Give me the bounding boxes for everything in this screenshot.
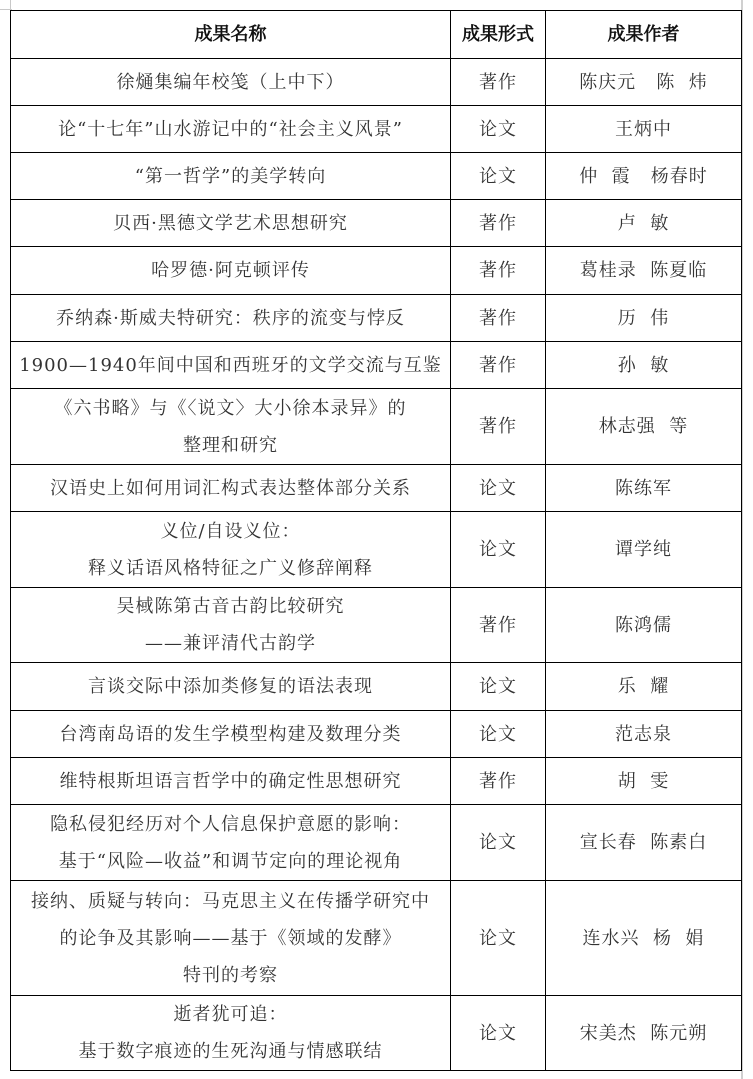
cell-type: 论文 [451,512,546,588]
title-line: 《六书略》与《〈说文〉大小徐本录异》的 [13,390,448,427]
cell-title: 言谈交际中添加类修复的语法表现 [11,663,451,711]
cell-authors: 谭学纯 [546,512,742,588]
title-line: 隐私侵犯经历对个人信息保护意愿的影响： [13,806,448,843]
cell-title: 接纳、质疑与转向：马克思主义在传播学研究中的论争及其影响——基于《领域的发酵》特… [11,881,451,996]
cell-authors: 卢 敏 [546,200,742,247]
cell-type: 论文 [451,711,546,758]
title-line: 的论争及其影响——基于《领域的发酵》 [13,920,448,957]
cell-authors: 乐 耀 [546,663,742,711]
results-table: 成果名称 成果形式 成果作者 徐熥集编年校笺（上中下）著作陈庆元 陈 炜论“十七… [10,10,742,1071]
table-row: 乔纳森·斯威夫特研究：秩序的流变与悖反著作历 伟 [11,295,742,342]
title-line: 台湾南岛语的发生学模型构建及数理分类 [13,716,448,753]
cell-authors: 宋美杰 陈元朔 [546,996,742,1071]
title-line: 吴棫陈第古音古韵比较研究 [13,588,448,625]
cell-authors: 仲 霞 杨春时 [546,153,742,200]
title-line: 言谈交际中添加类修复的语法表现 [13,668,448,705]
cell-title: 贝西·黑德文学艺术思想研究 [11,200,451,247]
table-row: 逝者犹可追：基于数字痕迹的生死沟通与情感联结论文宋美杰 陈元朔 [11,996,742,1071]
cell-type: 著作 [451,342,546,389]
title-line: 汉语史上如何用词汇构式表达整体部分关系 [13,470,448,507]
table-row: 徐熥集编年校笺（上中下）著作陈庆元 陈 炜 [11,59,742,106]
cell-authors: 历 伟 [546,295,742,342]
cell-type: 著作 [451,200,546,247]
cell-authors: 连水兴 杨 娟 [546,881,742,996]
title-line: 逝者犹可追： [13,996,448,1033]
title-line: 1900—1940年间中国和西班牙的文学交流与互鉴 [13,347,448,384]
table-row: 贝西·黑德文学艺术思想研究著作卢 敏 [11,200,742,247]
cell-authors: 孙 敏 [546,342,742,389]
header-authors: 成果作者 [546,11,742,59]
cell-title: “第一哲学”的美学转向 [11,153,451,200]
title-line: 贝西·黑德文学艺术思想研究 [13,205,448,242]
title-line: 整理和研究 [13,427,448,464]
cell-type: 著作 [451,59,546,106]
table-row: 《六书略》与《〈说文〉大小徐本录异》的整理和研究著作林志强 等 [11,389,742,465]
cell-title: 隐私侵犯经历对个人信息保护意愿的影响：基于“风险—收益”和调节定向的理论视角 [11,805,451,881]
table-row: 汉语史上如何用词汇构式表达整体部分关系论文陈练军 [11,465,742,512]
table-row: 接纳、质疑与转向：马克思主义在传播学研究中的论争及其影响——基于《领域的发酵》特… [11,881,742,996]
header-title: 成果名称 [11,11,451,59]
cell-type: 论文 [451,663,546,711]
table-row: 维特根斯坦语言哲学中的确定性思想研究著作胡 雯 [11,758,742,805]
cell-authors: 范志泉 [546,711,742,758]
table-row: “第一哲学”的美学转向论文仲 霞 杨春时 [11,153,742,200]
cell-type: 论文 [451,465,546,512]
title-line: ——兼评清代古韵学 [13,625,448,662]
title-line: 基于数字痕迹的生死沟通与情感联结 [13,1033,448,1070]
title-line: 徐熥集编年校笺（上中下） [13,64,448,101]
title-line: 释义话语风格特征之广义修辞阐释 [13,550,448,587]
cell-title: 台湾南岛语的发生学模型构建及数理分类 [11,711,451,758]
cell-title: 徐熥集编年校笺（上中下） [11,59,451,106]
cell-title: 逝者犹可追：基于数字痕迹的生死沟通与情感联结 [11,996,451,1071]
table-row: 哈罗德·阿克顿评传著作葛桂录 陈夏临 [11,247,742,295]
title-line: 维特根斯坦语言哲学中的确定性思想研究 [13,763,448,800]
cell-authors: 胡 雯 [546,758,742,805]
cell-type: 著作 [451,389,546,465]
table-row: 吴棫陈第古音古韵比较研究——兼评清代古韵学著作陈鸿儒 [11,588,742,663]
cell-title: 乔纳森·斯威夫特研究：秩序的流变与悖反 [11,295,451,342]
cell-type: 著作 [451,247,546,295]
cell-authors: 王炳中 [546,106,742,153]
table-row: 论“十七年”山水游记中的“社会主义风景”论文王炳中 [11,106,742,153]
cell-title: 义位/自设义位：释义话语风格特征之广义修辞阐释 [11,512,451,588]
cell-type: 著作 [451,588,546,663]
title-line: 义位/自设义位： [13,513,448,550]
cell-authors: 葛桂录 陈夏临 [546,247,742,295]
cell-title: 吴棫陈第古音古韵比较研究——兼评清代古韵学 [11,588,451,663]
cell-authors: 宣长春 陈素白 [546,805,742,881]
cell-authors: 林志强 等 [546,389,742,465]
table-row: 台湾南岛语的发生学模型构建及数理分类论文范志泉 [11,711,742,758]
title-line: 特刊的考察 [13,957,448,994]
cell-authors: 陈鸿儒 [546,588,742,663]
title-line: “第一哲学”的美学转向 [13,158,448,195]
table-row: 义位/自设义位：释义话语风格特征之广义修辞阐释论文谭学纯 [11,512,742,588]
cell-type: 论文 [451,153,546,200]
cell-title: 《六书略》与《〈说文〉大小徐本录异》的整理和研究 [11,389,451,465]
title-line: 乔纳森·斯威夫特研究：秩序的流变与悖反 [13,300,448,337]
cell-title: 汉语史上如何用词汇构式表达整体部分关系 [11,465,451,512]
cell-type: 论文 [451,881,546,996]
title-line: 基于“风险—收益”和调节定向的理论视角 [13,843,448,880]
cell-type: 著作 [451,758,546,805]
cell-title: 维特根斯坦语言哲学中的确定性思想研究 [11,758,451,805]
cell-authors: 陈庆元 陈 炜 [546,59,742,106]
header-type: 成果形式 [451,11,546,59]
table-body: 徐熥集编年校笺（上中下）著作陈庆元 陈 炜论“十七年”山水游记中的“社会主义风景… [11,59,742,1071]
cell-type: 论文 [451,106,546,153]
cell-title: 论“十七年”山水游记中的“社会主义风景” [11,106,451,153]
table-row: 言谈交际中添加类修复的语法表现论文乐 耀 [11,663,742,711]
cell-title: 1900—1940年间中国和西班牙的文学交流与互鉴 [11,342,451,389]
header-row: 成果名称 成果形式 成果作者 [11,11,742,59]
cell-authors: 陈练军 [546,465,742,512]
title-line: 论“十七年”山水游记中的“社会主义风景” [13,111,448,148]
title-line: 接纳、质疑与转向：马克思主义在传播学研究中 [13,883,448,920]
cell-type: 论文 [451,805,546,881]
table-row: 隐私侵犯经历对个人信息保护意愿的影响：基于“风险—收益”和调节定向的理论视角论文… [11,805,742,881]
cell-type: 论文 [451,996,546,1071]
cell-title: 哈罗德·阿克顿评传 [11,247,451,295]
table-row: 1900—1940年间中国和西班牙的文学交流与互鉴著作孙 敏 [11,342,742,389]
title-line: 哈罗德·阿克顿评传 [13,252,448,289]
cell-type: 著作 [451,295,546,342]
